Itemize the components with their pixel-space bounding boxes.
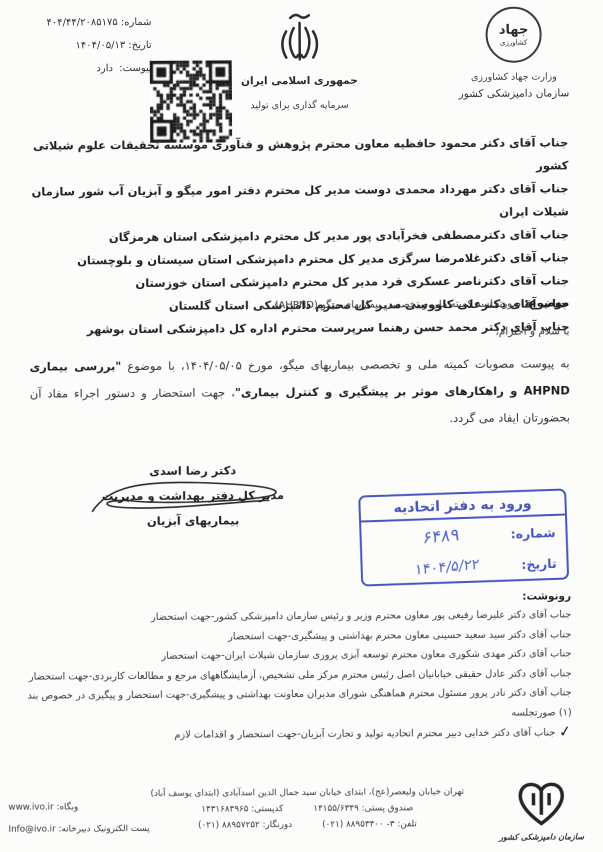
recipient-line: جناب آقای دکتر محمد حسن رهنما سرپرست محت… [24, 315, 569, 341]
jihad-logo-text: جهاد [499, 23, 529, 38]
copy-line: جناب آقای دکتر نادر پرور مسئول محترم هما… [20, 683, 572, 725]
website-row: وبگاه: www.ivo.ir [8, 796, 158, 819]
letter-attachment-row: پیوست: دارد [4, 63, 152, 75]
letter-body: به پیوست مصوبات کمیته ملی و تخصصی بیماری… [30, 350, 570, 434]
organization-name: سازمان دامپزشکی کشور [439, 87, 589, 100]
footer-web-block: وبگاه: www.ivo.ir پست الکترونیک دبیرخانه… [8, 796, 158, 841]
email-address: Info@ivo.ir [8, 825, 55, 835]
stamp-number-value: ۶۴۸۹ [371, 520, 512, 552]
subject-label: موضوع: [524, 295, 569, 309]
veterinary-org-logo-icon [515, 779, 567, 827]
jihad-agriculture-logo-icon: جهاد کشاورزی [485, 7, 541, 63]
ministry-block: جهاد کشاورزی وزارت جهاد کشاورزی سازمان د… [438, 6, 589, 100]
salutation: با سلام و احترام، [495, 325, 569, 337]
website-url: www.ivo.ir [8, 803, 53, 813]
letter-date-value: ۱۴۰۴/۰۵/۱۳ [75, 40, 125, 51]
copy-line: ✓جناب آقای دکتر خدایی دبیر محترم اتحادیه… [20, 722, 572, 746]
subject-text: صورتجلسه کمیته ملی و تخصصی بیماریهای میگ… [274, 299, 521, 312]
org-address: تهران خیابان ولیعصر(عج)، ابتدای خیابان س… [137, 784, 477, 802]
pobox: صندوق پستی: ۱۴۱۵۵/۶۳۴۹ [313, 800, 413, 817]
union-office-stamp: ورود به دفتر اتحادیه شماره: ۶۴۸۹ تاریخ: … [358, 488, 569, 586]
signer-name: دکتر رضا اسدی [85, 458, 300, 484]
iran-emblem-icon [273, 12, 325, 66]
signature-block: دکتر رضا اسدی مدیر کل دفتر بهداشت و مدیر… [85, 458, 300, 534]
phone: تلفن: ۳- ۸۸۹۵۳۴۰۰ (۰۲۱) [322, 816, 417, 833]
stamp-date-label: تاریخ: [521, 556, 557, 572]
recipient-line: جناب آقای دکترناصر عسکری فرد مدیر کل محت… [24, 269, 569, 295]
jihad-logo-subtext: کشاورزی [500, 39, 527, 47]
recipient-line: جناب آقای دکتر محمود حافظیه معاون محترم … [23, 131, 568, 180]
letter-number-row: شماره: ۴۰۴/۴۴/۲۰۸۵۱۷۵ [4, 17, 152, 29]
letter-page: جهاد کشاورزی وزارت جهاد کشاورزی سازمان د… [0, 0, 603, 852]
attachment-value: دارد [96, 63, 113, 74]
fax: دورنگار: ۸۸۹۵۷۲۵۲ (۰۲۱) [198, 817, 292, 834]
letter-meta: شماره: ۴۰۴/۴۴/۲۰۸۵۱۷۵ تاریخ: ۱۴۰۴/۰۵/۱۳ … [4, 17, 152, 87]
recipient-line: جناب آقای دکترغلامرضا سرگزی مدیر کل محتر… [24, 246, 569, 272]
copies-section: رونوشت: جناب آقای دکتر علیرضا رفیعی پور … [19, 590, 572, 746]
checkmark-icon: ✓ [558, 722, 573, 743]
veterinary-org-logo-block: سازمان دامپزشکی کشور [493, 779, 589, 842]
email-row: پست الکترونیک دبیرخانه: Info@ivo.ir [8, 818, 158, 841]
postal-code: کدپستی: ۱۴۳۱۶۸۴۹۶۵ [201, 801, 283, 818]
footer-address-block: تهران خیابان ولیعصر(عج)، ابتدای خیابان س… [137, 784, 477, 834]
signer-title-1: مدیر کل دفتر بهداشت و مدیریت [85, 483, 300, 509]
stamp-date-row: تاریخ: ۱۴۰۴/۵/۲۲ [362, 547, 567, 585]
body-text-1: به پیوست مصوبات کمیته ملی و تخصصی بیماری… [121, 356, 569, 373]
letter-date-label: تاریخ: [128, 40, 151, 51]
recipient-line: جناب آقای دکترمصطفی فخرآبادی پور مدیر کل… [24, 223, 569, 249]
letter-date-row: تاریخ: ۱۴۰۴/۰۵/۱۳ [4, 40, 152, 52]
attachment-label: پیوست: [119, 63, 152, 74]
letter-number-label: شماره: [121, 17, 152, 28]
letter-number-value: ۴۰۴/۴۴/۲۰۸۵۱۷۵ [46, 17, 117, 28]
copies-list: جناب آقای دکتر علیرضا رفیعی پور معاون مح… [19, 605, 572, 746]
copies-label: رونوشت: [19, 590, 571, 605]
signer-title-2: بیماریهای آبزیان [86, 508, 301, 534]
footer-phone-row: تلفن: ۳- ۸۸۹۵۳۴۰۰ (۰۲۱) دورنگار: ۸۸۹۵۷۲۵… [137, 816, 477, 834]
stamp-date-value: ۱۴۰۴/۵/۲۲ [372, 553, 522, 582]
veterinary-org-calligraphy: سازمان دامپزشکی کشور [493, 832, 589, 842]
ministry-name: وزارت جهاد کشاورزی [439, 71, 589, 83]
recipient-line: جناب آقای دکتر مهرداد محمدی دوست مدیر کل… [23, 177, 568, 226]
qr-code [150, 60, 232, 142]
stamp-number-label: شماره: [510, 525, 555, 542]
